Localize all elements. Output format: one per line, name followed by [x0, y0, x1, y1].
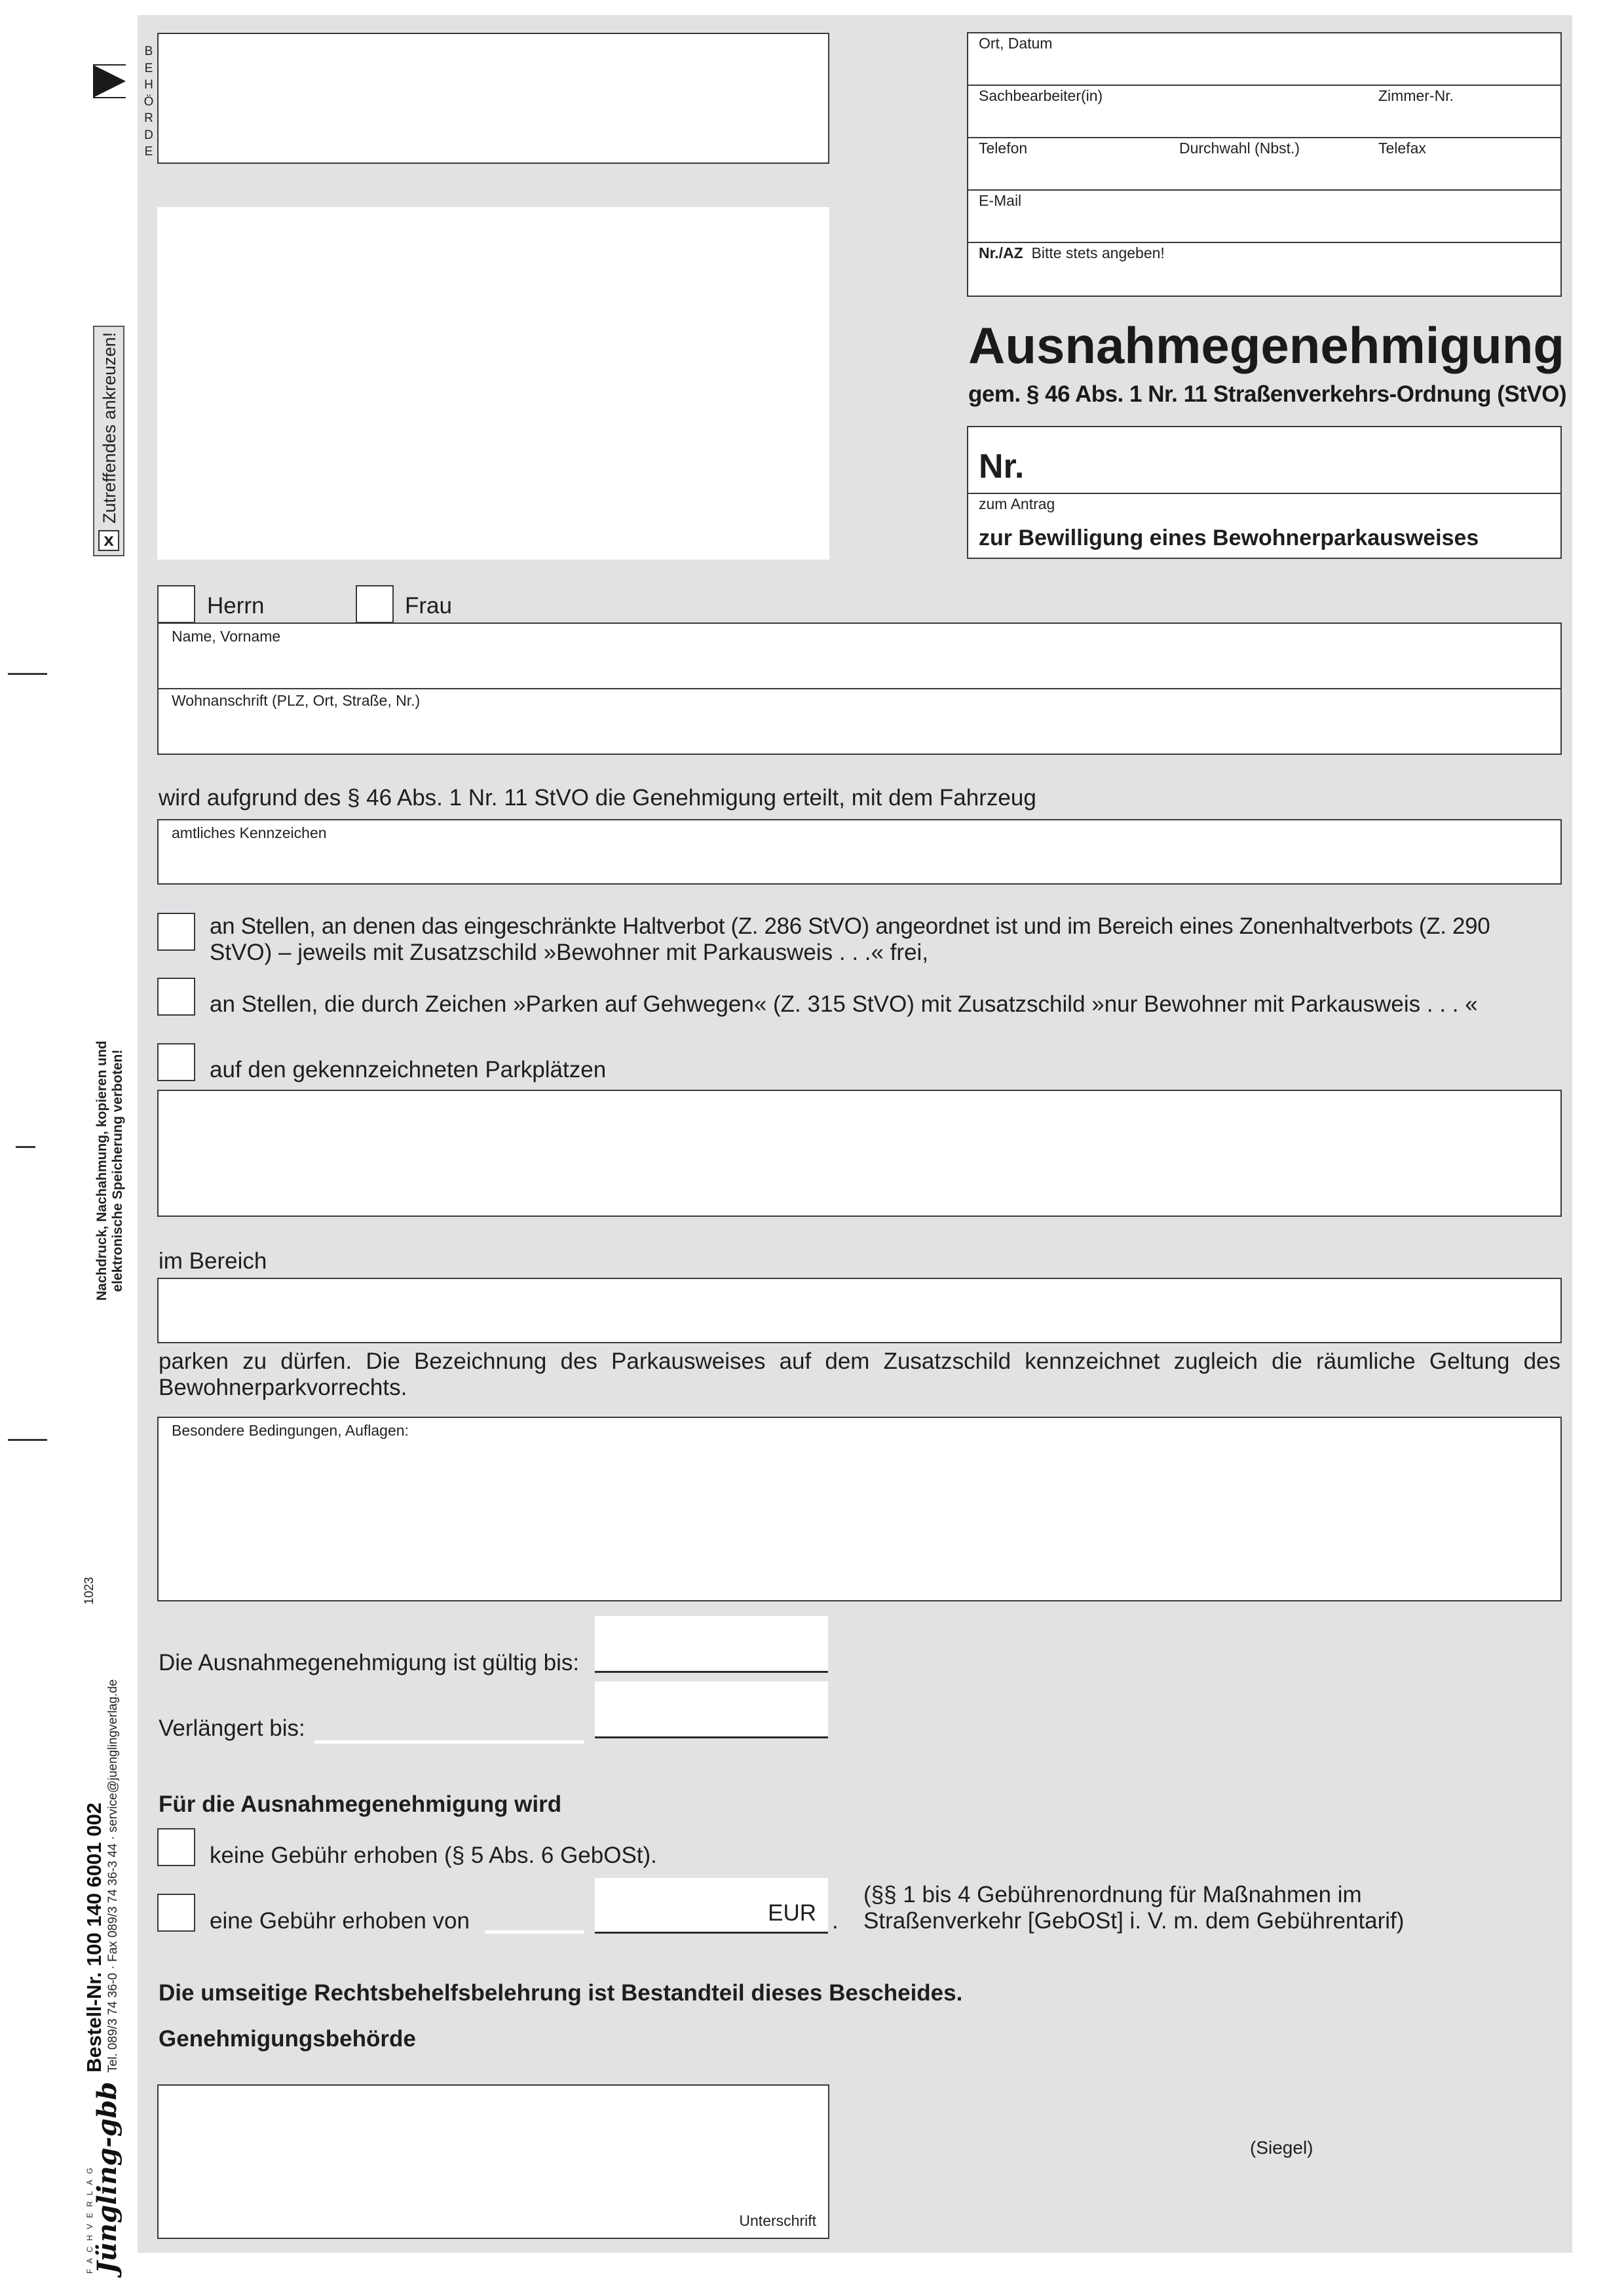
no-fee-text: keine Gebühr erhoben (§ 5 Abs. 6 GebOSt)… [210, 1843, 657, 1869]
fee-amount-field[interactable]: EUR [595, 1878, 828, 1934]
authority-box[interactable] [157, 33, 829, 164]
option-gehweg-text: an Stellen, die durch Zeichen »Parken au… [210, 991, 1478, 1018]
email-label: E-Mail [979, 192, 1021, 210]
conditions-field[interactable] [159, 1418, 1560, 1600]
parkplaetze-field[interactable] [159, 1091, 1560, 1215]
option-gehweg-checkbox[interactable] [157, 978, 195, 1016]
signature-label: Unterschrift [739, 2212, 816, 2230]
rechtsbehelf-note: Die umseitige Rechtsbehelfsbelehrung ist… [159, 1980, 962, 2006]
closing-text: parken zu dürfen. Die Bezeichnung des Pa… [159, 1349, 1560, 1401]
address-field[interactable] [159, 689, 1560, 755]
frau-label: Frau [405, 593, 452, 619]
extended-until-line[interactable] [314, 1740, 584, 1744]
authority-label: Genehmigungsbehörde [159, 2026, 416, 2052]
conditions-box: Besondere Bedingungen, Auflagen: [157, 1417, 1562, 1601]
extended-until-field[interactable] [595, 1681, 828, 1738]
page-title: Ausnahmegenehmigung [968, 316, 1564, 375]
plate-field[interactable] [159, 820, 1560, 883]
area-box [157, 1278, 1562, 1343]
publisher-logo: Jüngling-gbb [94, 2082, 121, 2274]
tick-example-box: x [98, 530, 119, 551]
extended-until-label: Verlängert bis: [159, 1715, 305, 1742]
fold-mark-bottom [8, 1439, 47, 1441]
area-field[interactable] [159, 1279, 1560, 1342]
seal-label: (Siegel) [1250, 2137, 1313, 2158]
divider [968, 242, 1560, 243]
option-parkplaetze-text: auf den gekennzeichneten Parkplätzen [210, 1057, 606, 1083]
fee-checkbox[interactable] [157, 1894, 195, 1932]
fee-text: eine Gebühr erhoben von [210, 1908, 470, 1934]
nr-field[interactable] [968, 427, 1560, 491]
grant-intro: wird aufgrund des § 46 Abs. 1 Nr. 11 StV… [159, 785, 1036, 811]
header-fields: Ort, Datum Sachbearbeiter(in) Zimmer-Nr.… [967, 32, 1562, 297]
address-window[interactable] [157, 207, 829, 560]
frau-checkbox[interactable] [356, 585, 394, 623]
publisher-contact: Tel. 089/3 74 36-0 · Fax 089/3 74 36-3 4… [106, 1666, 121, 2073]
name-field[interactable] [159, 624, 1560, 688]
nr-az-label: Nr./AZ Bitte stets angeben! [979, 244, 1165, 262]
zimmer-nr-label: Zimmer-Nr. [1378, 87, 1454, 105]
divider [968, 137, 1560, 138]
zum-antrag-label: zum Antrag [979, 495, 1055, 513]
area-label: im Bereich [159, 1248, 267, 1274]
fold-mark-middle [16, 1146, 35, 1148]
option-haltverbot-text: an Stellen, an denen das eingeschränkte … [210, 913, 1490, 940]
page-subtitle: gem. § 46 Abs. 1 Nr. 11 Straßenverkehrs-… [968, 381, 1566, 408]
divider [968, 85, 1560, 86]
behoerde-label: B E H Ö R D E [142, 43, 155, 161]
herrn-checkbox[interactable] [157, 585, 195, 623]
currency-label: EUR [768, 1900, 816, 1926]
valid-until-field[interactable] [595, 1616, 828, 1673]
purpose-text: zur Bewilligung eines Bewohnerparkauswei… [979, 526, 1479, 551]
applicant-box: Name, Vorname Wohnanschrift (PLZ, Ort, S… [157, 622, 1562, 755]
telefax-label: Telefax [1378, 140, 1426, 157]
durchwahl-label: Durchwahl (Nbst.) [1179, 140, 1300, 157]
no-fee-checkbox[interactable] [157, 1828, 195, 1866]
herrn-label: Herrn [207, 593, 265, 619]
copyright-notice: Nachdruck, Nachahmung, kopieren und elek… [94, 1041, 126, 1301]
publisher-block: FACHVERLAG Jüngling-gbb Bestell-Nr. 100 … [83, 1577, 121, 2274]
option-haltverbot-checkbox[interactable] [157, 913, 195, 951]
order-number: Bestell-Nr. 100 140 6001 002 [83, 1666, 106, 2073]
divider [968, 493, 1560, 494]
form-version: 1023 [83, 1577, 97, 1605]
fee-prefix-line[interactable] [485, 1930, 584, 1934]
divider [968, 189, 1560, 191]
number-box: Nr. zum Antrag zur Bewilligung eines Bew… [967, 426, 1562, 559]
telefon-label: Telefon [979, 140, 1027, 157]
option-parkplaetze-checkbox[interactable] [157, 1043, 195, 1081]
option-haltverbot-text-2: StVO) – jeweils mit Zusatzschild »Bewohn… [210, 940, 928, 966]
ort-datum-field[interactable] [968, 33, 1560, 85]
parkplaetze-box [157, 1090, 1562, 1217]
sachbearbeiter-label: Sachbearbeiter(in) [979, 87, 1103, 105]
valid-until-label: Die Ausnahmegenehmigung ist gültig bis: [159, 1650, 579, 1676]
window-marker-icon [92, 64, 126, 98]
fold-mark-top [8, 673, 47, 675]
plate-box: amtliches Kennzeichen [157, 819, 1562, 885]
fee-period: . [832, 1908, 839, 1934]
fees-heading: Für die Ausnahmegenehmigung wird [159, 1791, 561, 1818]
tick-instruction: x Zutreffendes ankreuzen! [93, 326, 124, 556]
signature-box[interactable]: Unterschrift [157, 2084, 829, 2239]
fee-legal-reference: (§§ 1 bis 4 Gebührenordnung für Maßnahme… [863, 1882, 1404, 1934]
tick-instruction-text: Zutreffendes ankreuzen! [100, 332, 120, 524]
